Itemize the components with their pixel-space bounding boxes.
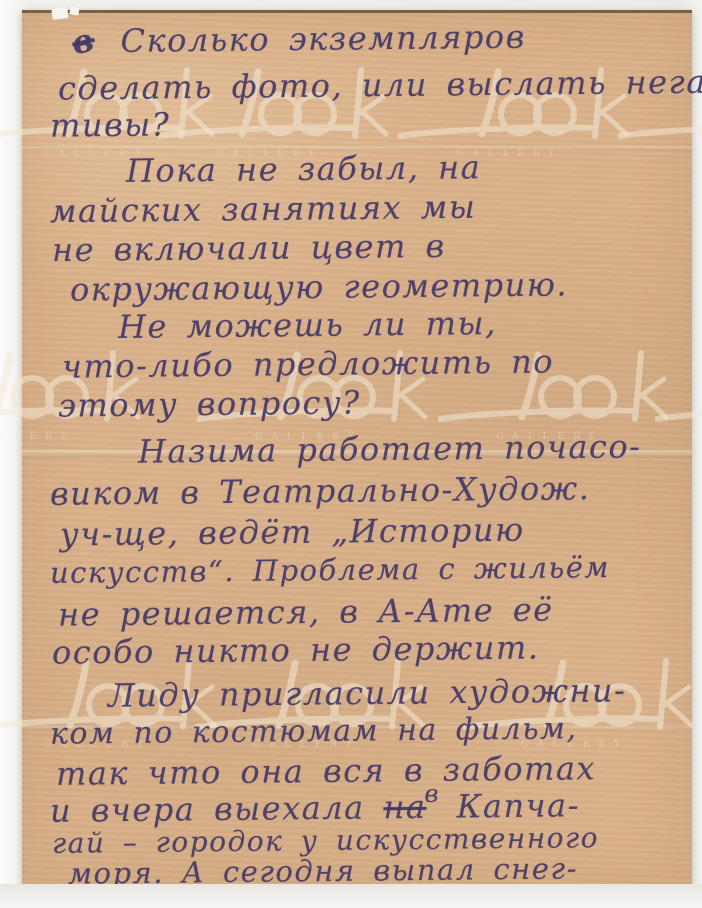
letter-line: уч-ще, ведёт „Историю: [60, 511, 525, 554]
scanned-letter-page: { "letter": { "language": "Russian", "ki…: [0, 0, 702, 908]
letter-line: Назима работает почасо-: [138, 427, 642, 470]
letter-line: Пока не забыл, на: [126, 148, 482, 190]
letter-line: этому вопросу?: [58, 383, 361, 424]
letter-line: Лиду пригласили художни-: [108, 671, 627, 714]
struck-word: на: [383, 788, 427, 826]
struck-word: в: [68, 20, 98, 62]
letter-line: Не можешь ли ты,: [118, 304, 497, 346]
letter-line: сделать фото, или выслать нега-: [58, 63, 702, 108]
letter-line: искусств“. Проблема с жильём: [50, 550, 610, 590]
letter-line: что-либо предложить по: [62, 342, 554, 385]
letter-line: особо никто не держит.: [52, 628, 540, 671]
letter-line: вСколько экземпляров: [72, 18, 526, 61]
letter-line: окружающую геометрию.: [70, 265, 568, 308]
scanner-background: [0, 884, 702, 908]
letter-line: тивы?: [50, 105, 171, 144]
letter-line: майских занятиях мы: [50, 188, 477, 230]
letter-line: не включали цвет в: [52, 227, 446, 269]
letter-line: не решается, в А-Ате её: [58, 590, 554, 633]
paper-tear: [69, 6, 79, 16]
inserted-word: в: [424, 780, 440, 808]
paper-tear: [51, 7, 68, 20]
letter-line: виком в Театрально-Худож.: [50, 469, 591, 513]
letter-line: ком по костюмам на фильм,: [50, 711, 578, 752]
